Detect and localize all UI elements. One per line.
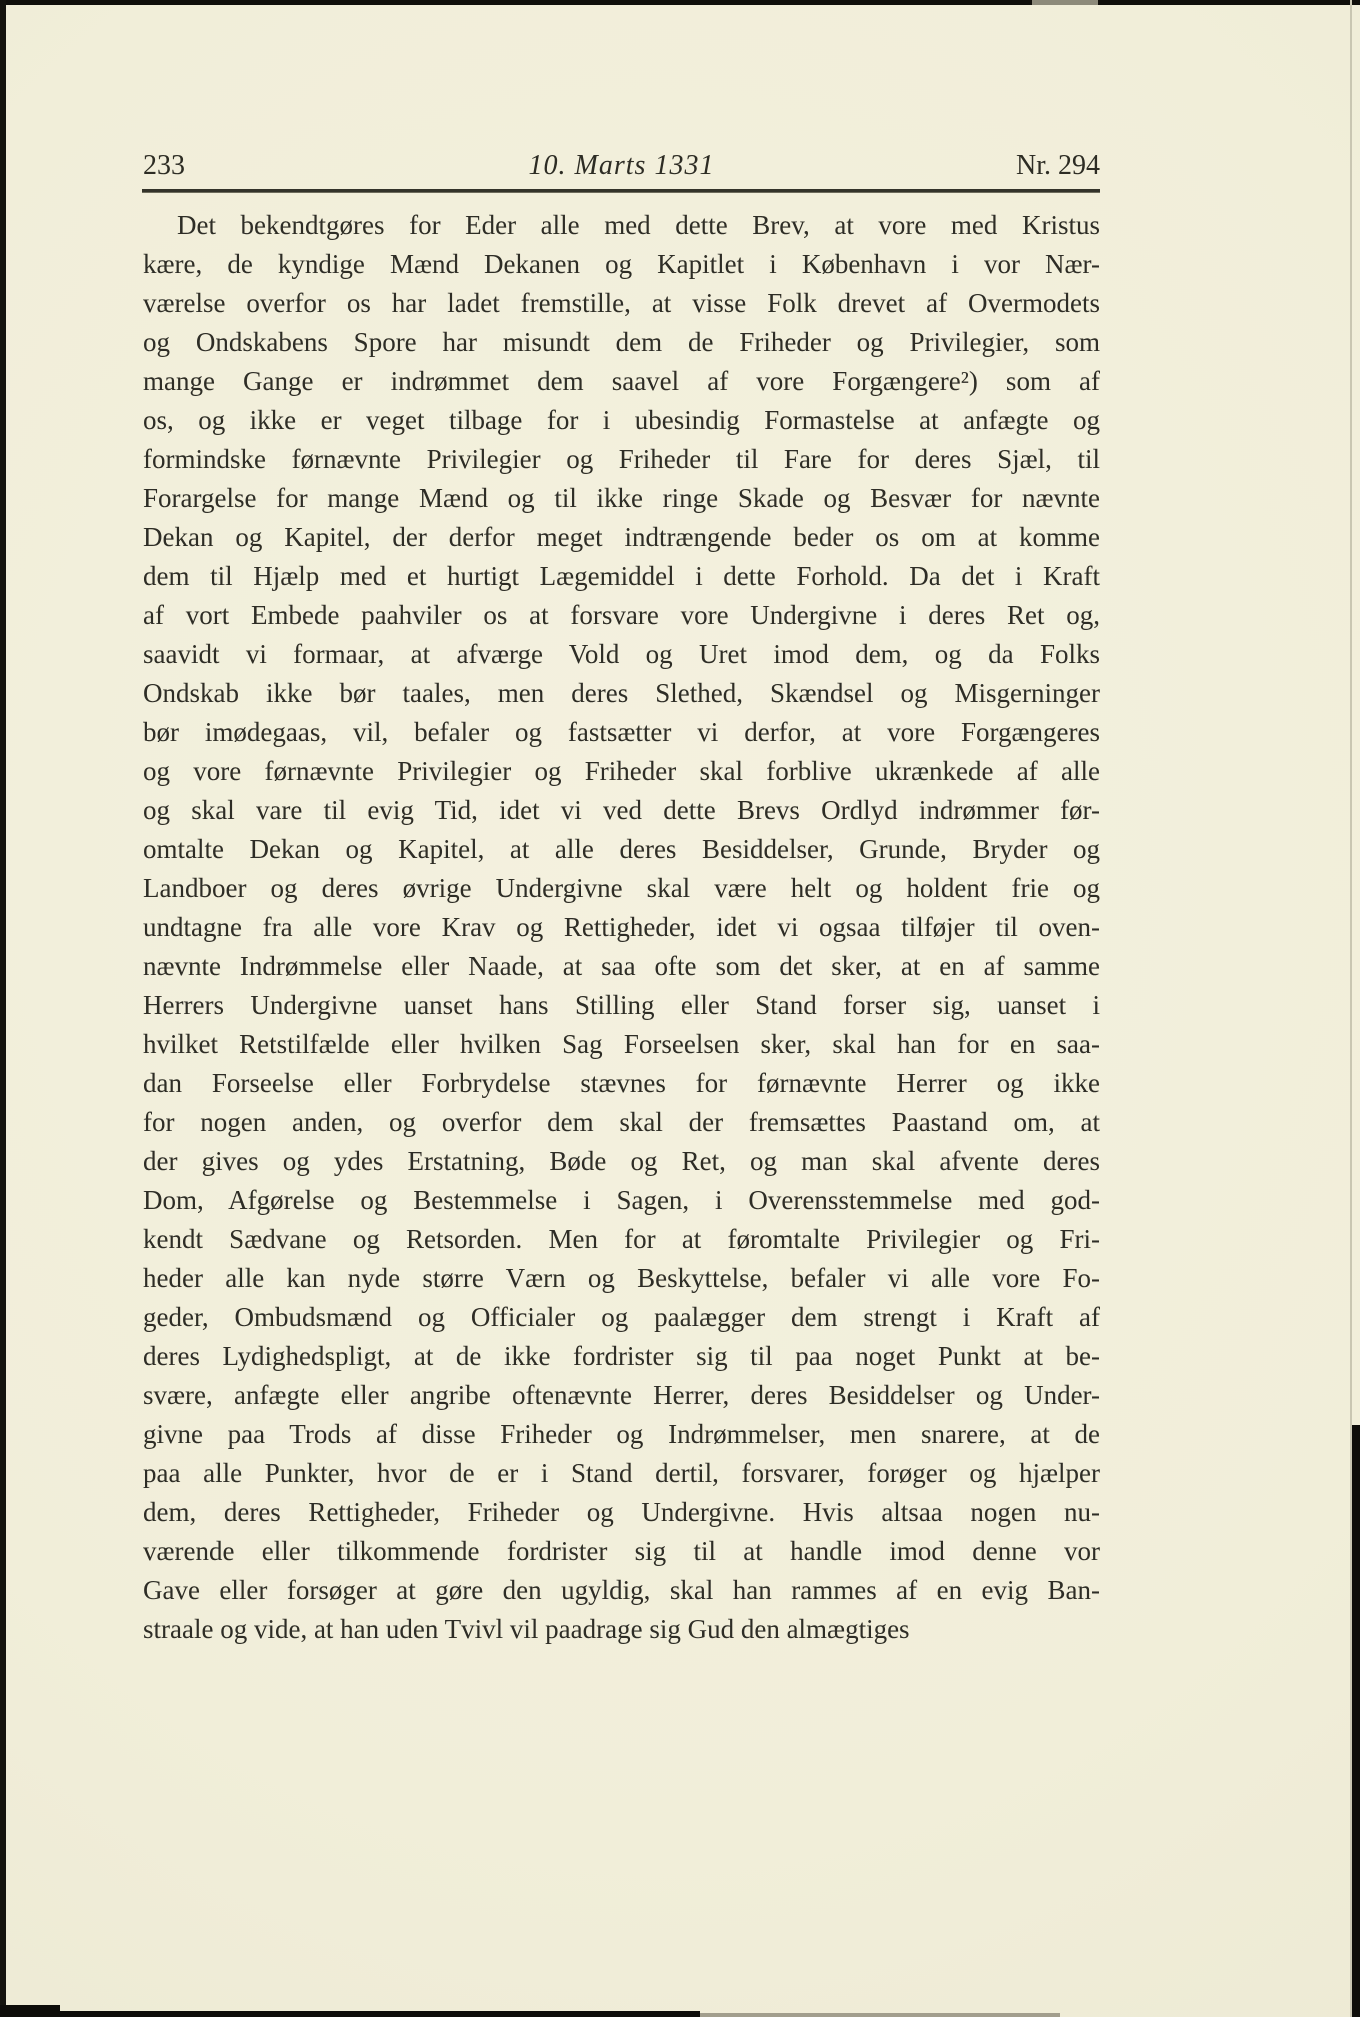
text-line: Ondskab ikke bør taales, men deres Sleth… <box>143 674 1100 713</box>
text-line: Dekan og Kapitel, der derfor meget indtr… <box>143 518 1100 557</box>
text-line: af vort Embede paahviler os at forsvare … <box>143 596 1100 635</box>
text-line: straale og vide, at han uden Tvivl vil p… <box>143 1610 1100 1649</box>
text-line: svære, anfægte eller angribe oftenævnte … <box>143 1376 1100 1415</box>
text-line: saavidt vi formaar, at afværge Vold og U… <box>143 635 1100 674</box>
text-line: heder alle kan nyde større Værn og Besky… <box>143 1259 1100 1298</box>
scan-artifact-top-edge <box>0 0 1360 5</box>
page-header-date: 10. Marts 1331 <box>143 150 1100 182</box>
text-line: kære, de kyndige Mænd Dekanen og Kapitle… <box>143 245 1100 284</box>
scan-artifact-bottom-left-corner <box>0 2005 60 2017</box>
scan-artifact-bottom-edge <box>0 2011 700 2017</box>
text-line: formindske førnævnte Privilegier og Frih… <box>143 440 1100 479</box>
text-line: og vore førnævnte Privilegier og Frihede… <box>143 752 1100 791</box>
scan-artifact-left-edge <box>0 0 6 2017</box>
text-line: hvilket Retstilfælde eller hvilken Sag F… <box>143 1025 1100 1064</box>
text-line: der gives og ydes Erstatning, Bøde og Re… <box>143 1142 1100 1181</box>
text-line: dem til Hjælp med et hurtigt Lægemiddel … <box>143 557 1100 596</box>
text-line: mange Gange er indrømmet dem saavel af v… <box>143 362 1100 401</box>
text-line: undtagne fra alle vore Krav og Rettighed… <box>143 908 1100 947</box>
text-line: nævnte Indrømmelse eller Naade, at saa o… <box>143 947 1100 986</box>
page-header: 233 10. Marts 1331 Nr. 294 <box>143 150 1100 190</box>
text-line: Herrers Undergivne uanset hans Stilling … <box>143 986 1100 1025</box>
text-line: geder, Ombudsmænd og Officialer og paalæ… <box>143 1298 1100 1337</box>
document-number: Nr. 294 <box>1016 150 1100 182</box>
text-line: og skal vare til evig Tid, idet vi ved d… <box>143 791 1100 830</box>
text-line: bør imødegaas, vil, befaler og fastsætte… <box>143 713 1100 752</box>
scan-artifact-top-gap <box>1032 0 1098 5</box>
text-line: kendt Sædvane og Retsorden. Men for at f… <box>143 1220 1100 1259</box>
text-line: deres Lydighedspligt, at de ikke fordris… <box>143 1337 1100 1376</box>
header-rule <box>142 189 1100 193</box>
text-line: dan Forseelse eller Forbrydelse stævnes … <box>143 1064 1100 1103</box>
document-body: Det bekendtgøres for Eder alle med dette… <box>143 206 1100 1649</box>
text-line: omtalte Dekan og Kapitel, at alle deres … <box>143 830 1100 869</box>
text-line: og Ondskabens Spore har misundt dem de F… <box>143 323 1100 362</box>
text-line: Det bekendtgøres for Eder alle med dette… <box>143 206 1100 245</box>
text-line: paa alle Punkter, hvor de er i Stand der… <box>143 1454 1100 1493</box>
scan-artifact-right-edge <box>1352 1425 1360 2017</box>
text-line: Gave eller forsøger at gøre den ugyldig,… <box>143 1571 1100 1610</box>
scanned-page: 233 10. Marts 1331 Nr. 294 Det bekendtgø… <box>0 0 1360 2017</box>
text-line: Dom, Afgørelse og Bestemmelse i Sagen, i… <box>143 1181 1100 1220</box>
text-line: værende eller tilkommende fordrister sig… <box>143 1532 1100 1571</box>
text-line: Forargelse for mange Mænd og til ikke ri… <box>143 479 1100 518</box>
text-line: os, og ikke er veget tilbage for i ubesi… <box>143 401 1100 440</box>
scan-artifact-bottom-smudge <box>700 2013 1060 2017</box>
text-line: givne paa Trods af disse Friheder og Ind… <box>143 1415 1100 1454</box>
text-line: Landboer og deres øvrige Undergivne skal… <box>143 869 1100 908</box>
text-line: værelse overfor os har ladet fremstille,… <box>143 284 1100 323</box>
text-line: dem, deres Rettigheder, Friheder og Unde… <box>143 1493 1100 1532</box>
text-line: for nogen anden, og overfor dem skal der… <box>143 1103 1100 1142</box>
